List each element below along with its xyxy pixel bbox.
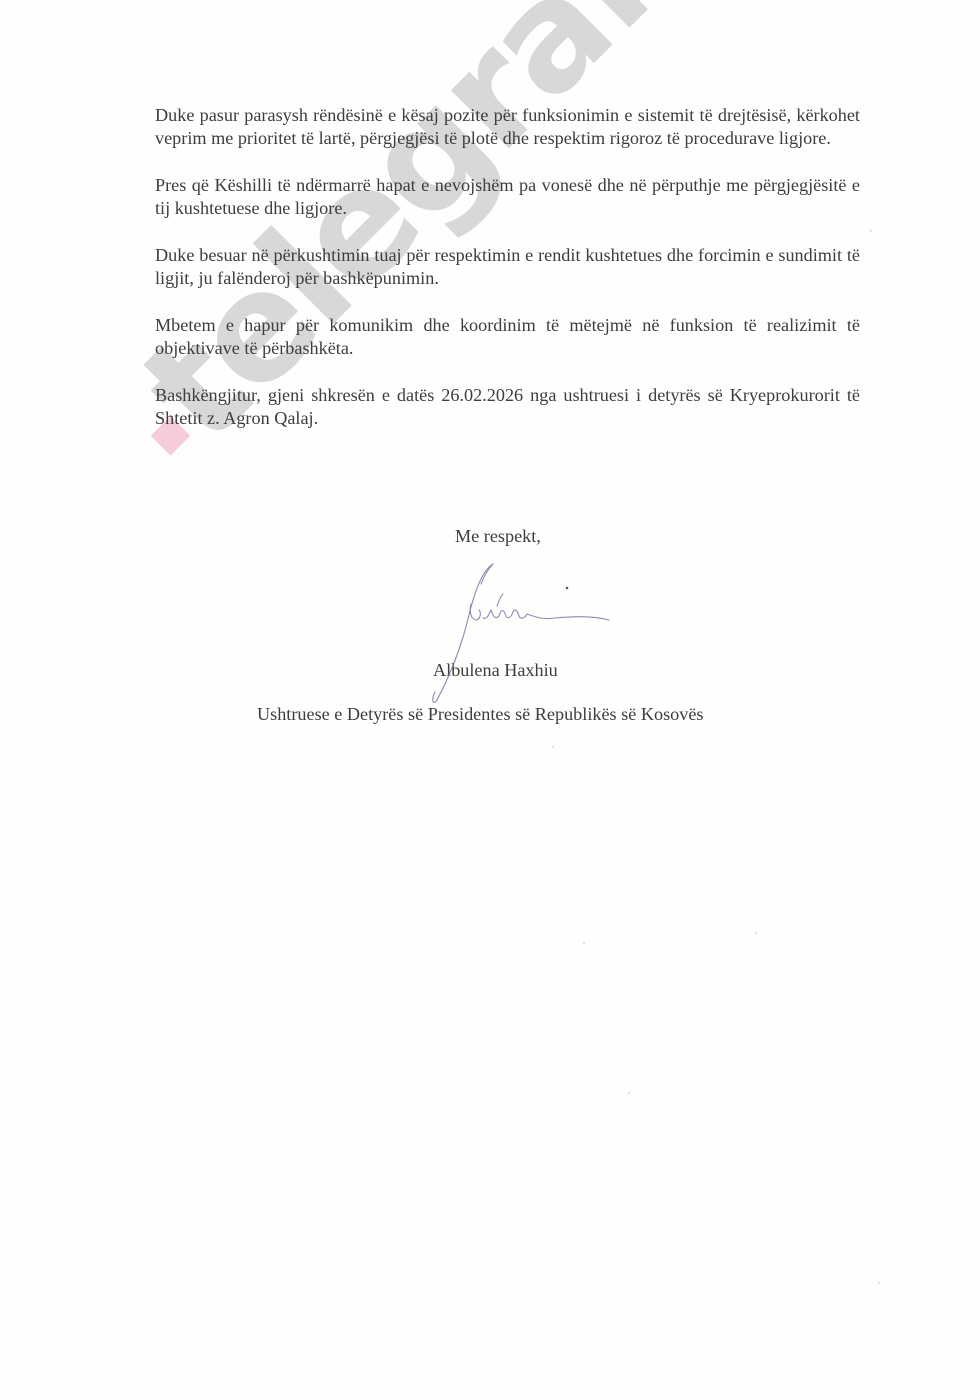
scan-speck xyxy=(878,1282,880,1284)
scan-speck xyxy=(583,942,585,944)
closing-salutation: Me respekt, xyxy=(455,526,541,547)
document-page: telegrafi Duke pasur parasysh rëndësinë … xyxy=(0,0,980,1400)
scan-speck xyxy=(628,1092,630,1094)
paragraph-4: Mbetem e hapur për komunikim dhe koordin… xyxy=(155,314,860,360)
signer-name: Albulena Haxhiu xyxy=(433,660,558,681)
signer-title: Ushtruese e Detyrës së Presidentes së Re… xyxy=(257,704,704,725)
paragraph-1: Duke pasur parasysh rëndësinë e kësaj po… xyxy=(155,104,860,150)
paragraph-2: Pres që Këshilli të ndërmarrë hapat e ne… xyxy=(155,174,860,220)
scan-speck xyxy=(870,230,872,232)
paragraph-3: Duke besuar në përkushtimin tuaj për res… xyxy=(155,244,860,290)
letter-body: Duke pasur parasysh rëndësinë e kësaj po… xyxy=(155,104,860,454)
scan-speck xyxy=(755,932,757,934)
scan-speck xyxy=(552,746,554,748)
paragraph-5: Bashkëngjitur, gjeni shkresën e datës 26… xyxy=(155,384,860,430)
handwritten-signature-icon xyxy=(385,560,625,710)
